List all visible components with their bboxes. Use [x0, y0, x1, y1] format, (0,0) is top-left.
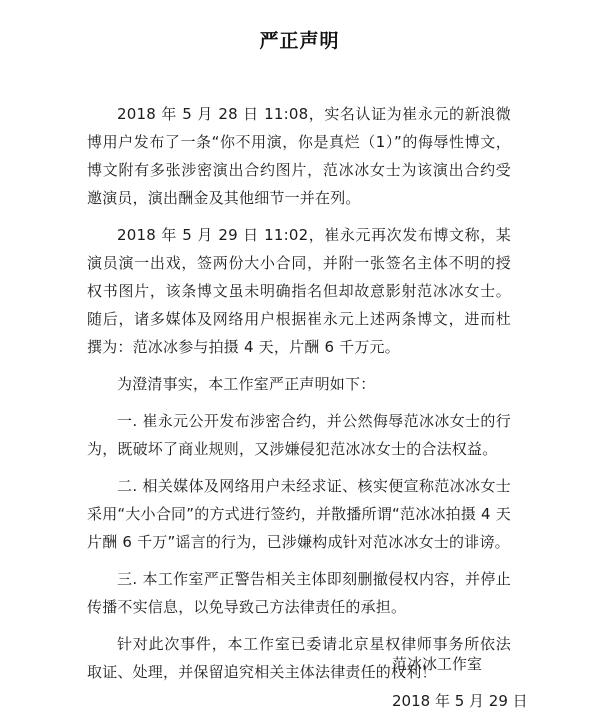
- paragraph-point-two: 二. 相关媒体及网络用户未经求证、核实便宣称范冰冰女士采用“大小合同”的方式进行…: [87, 472, 511, 556]
- signature-date: 2018 年 5 月 29 日: [392, 690, 528, 711]
- paragraph-point-three: 三. 本工作室严正警告相关主体即刻删撤侵权内容，并停止传播不实信息，以免导致己方…: [87, 565, 511, 621]
- statement-page: 严正声明 2018 年 5 月 28 日 11:08，实名认证为崔永元的新浪微博…: [0, 0, 599, 721]
- paragraph-first-post: 2018 年 5 月 28 日 11:08，实名认证为崔永元的新浪微博用户发布了…: [87, 100, 511, 212]
- document-body: 2018 年 5 月 28 日 11:08，实名认证为崔永元的新浪微博用户发布了…: [87, 100, 511, 695]
- paragraph-point-one: 一. 崔永元公开发布涉密合约，并公然侮辱范冰冰女士的行为，既破坏了商业规则，又涉…: [87, 407, 511, 463]
- paragraph-clarification-intro: 为澄清事实，本工作室严正声明如下：: [87, 370, 511, 398]
- paragraph-second-post: 2018 年 5 月 29 日 11:02，崔永元再次发布博文称，某演员演一出戏…: [87, 221, 511, 361]
- signature-organization: 范冰冰工作室: [392, 653, 482, 674]
- document-title: 严正声明: [0, 26, 599, 53]
